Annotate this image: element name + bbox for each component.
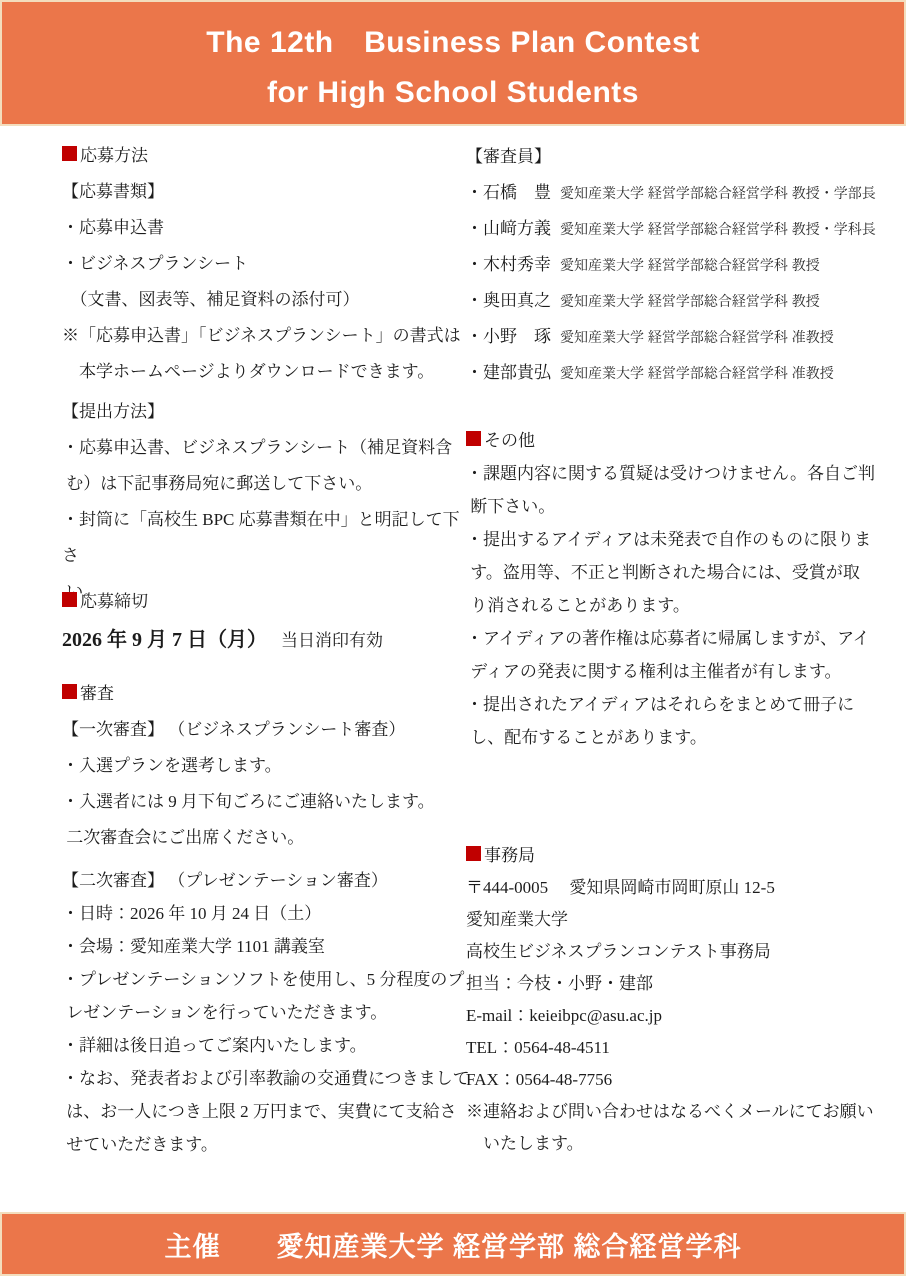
judge-row: ・小野 琢愛知産業大学 経営学部総合経営学科 准教授 — [466, 319, 906, 355]
footer-banner: 主催 愛知産業大学 経営学部 総合経営学科 — [0, 1212, 906, 1276]
text-line: 担当：今枝・小野・建部 — [466, 968, 906, 1000]
section-screening-first: 審査 【一次審査】 （ビジネスプランシート審査） ・入選プランを選考します。・入… — [62, 676, 472, 856]
deadline-value-line: 2026 年 9 月 7 日（月）当日消印有効 — [62, 620, 472, 661]
second-round-lines: ・日時：2026 年 10 月 24 日（土）・会場：愛知産業大学 1101 講… — [62, 897, 472, 1161]
text-line: ・日時：2026 年 10 月 24 日（土） — [62, 897, 472, 930]
text-line: ・会場：愛知産業大学 1101 講義室 — [62, 930, 472, 963]
judge-name: ・石橋 豊 — [466, 175, 560, 211]
text-line: 二次審査会にご出席ください。 — [62, 820, 472, 856]
submission-method-heading: 【提出方法】 — [62, 394, 472, 430]
text-line: FAX：0564-48-7756 — [466, 1064, 906, 1096]
judge-row: ・山﨑方義愛知産業大学 経営学部総合経営学科 教授・学科長 — [466, 211, 906, 247]
text-line: TEL：0564-48-4511 — [466, 1032, 906, 1064]
application-method-lines: 【応募書類】・応募申込書・ビジネスプランシート （文書、図表等、補足資料の添付可… — [62, 174, 472, 390]
text-line: せていただきます。 — [62, 1128, 472, 1161]
judge-affiliation: 愛知産業大学 経営学部総合経営学科 准教授 — [560, 355, 834, 391]
organizer-text: 主催 愛知産業大学 経営学部 総合経営学科 — [164, 1225, 741, 1264]
text-line: いたします。 — [466, 1128, 906, 1160]
text-line: り消されることがあります。 — [466, 589, 906, 622]
text-line: ・入選者には 9 月下旬ごろにご連絡いたします。 — [62, 784, 472, 820]
text-line: む）は下記事務局宛に郵送して下さい。 — [62, 466, 472, 502]
second-round-subheading: 【二次審査】 （プレゼンテーション審査） — [62, 864, 472, 897]
application-method-heading-label: 応募方法 — [80, 146, 148, 165]
judge-affiliation: 愛知産業大学 経営学部総合経営学科 教授・学科長 — [560, 211, 876, 247]
section-deadline: 応募締切 2026 年 9 月 7 日（月）当日消印有効 — [62, 584, 472, 661]
judge-name: ・山﨑方義 — [466, 211, 560, 247]
text-line: 断下さい。 — [466, 490, 906, 523]
text-line: レゼンテーションを行っていただきます。 — [62, 996, 472, 1029]
judge-row: ・建部貴弘愛知産業大学 経営学部総合経営学科 准教授 — [466, 355, 906, 391]
header-banner: The 12th Business Plan Contest for High … — [0, 0, 906, 126]
text-line: ・応募申込書、ビジネスプランシート（補足資料含 — [62, 430, 472, 466]
office-heading-label: 事務局 — [484, 846, 535, 865]
deadline-postmark-note: 当日消印有効 — [281, 631, 383, 650]
contest-title-line2: for High School Students — [267, 76, 639, 110]
text-line: ※連絡および問い合わせはなるべくメールにてお願い — [466, 1096, 906, 1128]
deadline-heading-label: 応募締切 — [80, 592, 148, 611]
judge-name: ・建部貴弘 — [466, 355, 560, 391]
text-line: ・ビジネスプランシート — [62, 246, 472, 282]
judge-affiliation: 愛知産業大学 経営学部総合経営学科 教授・学部長 — [560, 175, 876, 211]
text-line: ・詳細は後日追ってご案内いたします。 — [62, 1029, 472, 1062]
first-round-subheading: 【一次審査】 （ビジネスプランシート審査） — [62, 712, 472, 748]
text-line: は、お一人につき上限 2 万円まで、実費にて支給さ — [62, 1095, 472, 1128]
red-square-icon — [466, 846, 481, 861]
application-method-heading: 応募方法 — [62, 138, 472, 174]
text-line: 〒444-0005 愛知県岡崎市岡町原山 12-5 — [466, 872, 906, 904]
red-square-icon — [62, 684, 77, 699]
text-line: ・入選プランを選考します。 — [62, 748, 472, 784]
section-office: 事務局 〒444-0005 愛知県岡崎市岡町原山 12-5愛知産業大学高校生ビジ… — [466, 840, 906, 1160]
text-line: ・応募申込書 — [62, 210, 472, 246]
judge-row: ・石橋 豊愛知産業大学 経営学部総合経営学科 教授・学部長 — [466, 175, 906, 211]
judge-affiliation: 愛知産業大学 経営学部総合経営学科 教授 — [560, 247, 820, 283]
red-square-icon — [466, 431, 481, 446]
text-line: E-mail：keieibpc@asu.ac.jp — [466, 1000, 906, 1032]
text-line: ・提出されたアイディアはそれらをまとめて冊子に — [466, 688, 906, 721]
office-heading: 事務局 — [466, 840, 906, 872]
text-line: 【応募書類】 — [62, 174, 472, 210]
text-line: ・封筒に「高校生 BPC 応募書類在中」と明記して下さ — [62, 502, 472, 574]
judges-list: ・石橋 豊愛知産業大学 経営学部総合経営学科 教授・学部長・山﨑方義愛知産業大学… — [466, 175, 906, 391]
screening-heading-label: 審査 — [80, 684, 114, 703]
deadline-heading: 応募締切 — [62, 584, 472, 620]
screening-heading: 審査 — [62, 676, 472, 712]
others-lines: ・課題内容に関する質疑は受けつけません。各自ご判 断下さい。・提出するアイディア… — [466, 457, 906, 754]
text-line: ・なお、発表者および引率教諭の交通費につきまして — [62, 1062, 472, 1095]
text-line: ※「応募申込書」「ビジネスプランシート」の書式は — [62, 318, 472, 354]
deadline-date: 2026 年 9 月 7 日（月） — [62, 629, 267, 651]
text-line: ・アイディアの著作権は応募者に帰属しますが、アイ — [466, 622, 906, 655]
judge-affiliation: 愛知産業大学 経営学部総合経営学科 准教授 — [560, 319, 834, 355]
contest-title-line1: The 12th Business Plan Contest — [206, 17, 699, 61]
office-lines: 〒444-0005 愛知県岡崎市岡町原山 12-5愛知産業大学高校生ビジネスプラ… — [466, 872, 906, 1160]
text-line: し、配布することがあります。 — [466, 721, 906, 754]
text-line: 本学ホームページよりダウンロードできます。 — [62, 354, 472, 390]
section-application-method: 応募方法 【応募書類】・応募申込書・ビジネスプランシート （文書、図表等、補足資… — [62, 138, 472, 390]
text-line: ・提出するアイディアは未発表で自作のものに限りま — [466, 523, 906, 556]
judge-affiliation: 愛知産業大学 経営学部総合経営学科 教授 — [560, 283, 820, 319]
text-line: ・プレゼンテーションソフトを使用し、5 分程度のプ — [62, 963, 472, 996]
section-judges: 【審査員】 ・石橋 豊愛知産業大学 経営学部総合経営学科 教授・学部長・山﨑方義… — [466, 139, 906, 391]
first-round-lines: ・入選プランを選考します。・入選者には 9 月下旬ごろにご連絡いたします。 二次… — [62, 748, 472, 856]
red-square-icon — [62, 592, 77, 607]
text-line: ・課題内容に関する質疑は受けつけません。各自ご判 — [466, 457, 906, 490]
text-line: す。盗用等、不正と判断された場合には、受賞が取 — [466, 556, 906, 589]
flyer-page: The 12th Business Plan Contest for High … — [0, 0, 906, 1280]
text-line: ディアの発表に関する権利は主催者が有します。 — [466, 655, 906, 688]
text-line: 愛知産業大学 — [466, 904, 906, 936]
text-line: （文書、図表等、補足資料の添付可） — [62, 282, 472, 318]
others-heading: その他 — [466, 424, 906, 457]
section-screening-second: 【二次審査】 （プレゼンテーション審査） ・日時：2026 年 10 月 24 … — [62, 864, 472, 1161]
red-square-icon — [62, 146, 77, 161]
judges-heading: 【審査員】 — [466, 139, 906, 175]
text-line: 高校生ビジネスプランコンテスト事務局 — [466, 936, 906, 968]
judge-name: ・小野 琢 — [466, 319, 560, 355]
section-others: その他 ・課題内容に関する質疑は受けつけません。各自ご判 断下さい。・提出するア… — [466, 424, 906, 754]
judge-name: ・奥田真之 — [466, 283, 560, 319]
submission-method-lines: ・応募申込書、ビジネスプランシート（補足資料含 む）は下記事務局宛に郵送して下さ… — [62, 430, 472, 610]
judge-row: ・木村秀幸愛知産業大学 経営学部総合経営学科 教授 — [466, 247, 906, 283]
judge-row: ・奥田真之愛知産業大学 経営学部総合経営学科 教授 — [466, 283, 906, 319]
judge-name: ・木村秀幸 — [466, 247, 560, 283]
others-heading-label: その他 — [484, 431, 535, 450]
section-submission-method: 【提出方法】 ・応募申込書、ビジネスプランシート（補足資料含 む）は下記事務局宛… — [62, 394, 472, 610]
